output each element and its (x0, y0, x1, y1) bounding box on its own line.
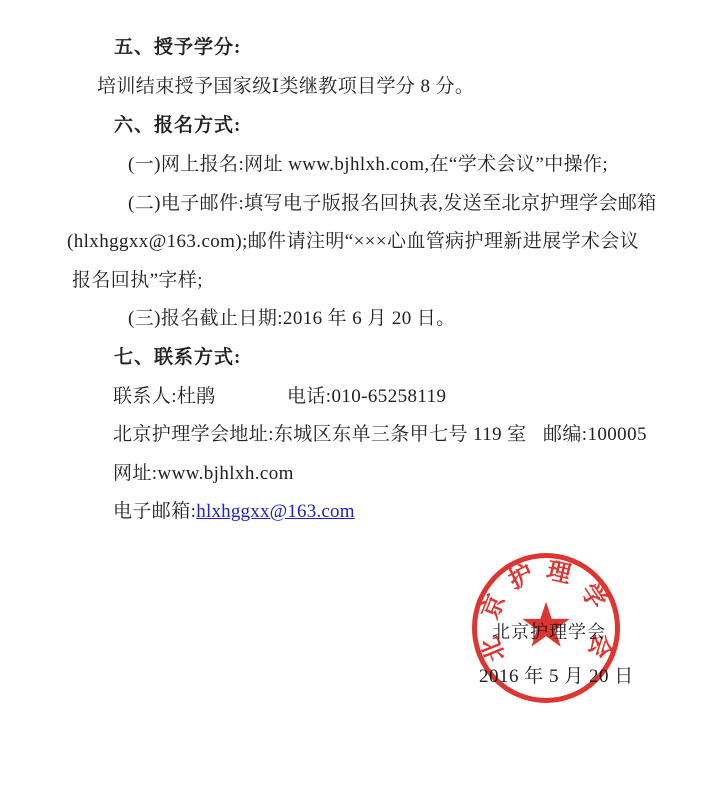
registration-item-email-line1: (二)电子邮件:填写电子版报名回执表,发送至北京护理学会邮箱 (128, 192, 657, 216)
registration-item-online: (一)网上报名:网址 www.bjhlxh.com,在“学术会议”中操作; (128, 153, 608, 177)
contact-website: 网址:www.bjhlxh.com (113, 462, 294, 486)
seal-char-1: 北 (476, 631, 512, 667)
registration-item-deadline: (三)报名截止日期:2016 年 6 月 20 日。 (128, 307, 456, 331)
section-heading-contact: 七、联系方式: (114, 346, 241, 370)
contact-email-line: 电子邮箱:hlxhggxx@163.com (113, 500, 355, 524)
contact-address: 北京护理学会地址:东城区东单三条甲七号 119 室 (113, 424, 527, 445)
contact-postcode: 邮编:100005 (543, 423, 647, 447)
contact-person-line: 联系人:杜鹃 电话:010-65258119 (113, 385, 216, 409)
official-seal: ★ 北 京 护 理 学 会 (472, 553, 620, 703)
contact-email-label: 电子邮箱: (113, 501, 196, 522)
section-heading-credits: 五、授予学分: (114, 36, 241, 60)
seal-char-5: 学 (573, 577, 612, 616)
contact-phone: 电话:010-65258119 (287, 385, 446, 409)
credits-body-text: 培训结束授予国家级Ⅰ类继教项目学分 8 分。 (97, 75, 474, 99)
seal-char-4: 理 (542, 557, 576, 591)
registration-item-email-line3: 报名回执”字样; (72, 269, 203, 293)
seal-char-6: 会 (582, 628, 617, 663)
star-icon: ★ (518, 595, 574, 657)
contact-address-line: 北京护理学会地址:东城区东单三条甲七号 119 室 邮编:100005 (113, 423, 527, 447)
registration-item-email-line2: (hlxhggxx@163.com);邮件请注明“×××心血管病护理新进展学术会… (67, 230, 639, 254)
section-heading-registration: 六、报名方式: (114, 114, 241, 138)
contact-person: 联系人:杜鹃 (113, 386, 216, 407)
seal-char-2: 京 (476, 589, 512, 625)
document-page: 五、授予学分: 培训结束授予国家级Ⅰ类继教项目学分 8 分。 六、报名方式: (… (0, 0, 719, 800)
contact-email-link[interactable]: hlxhggxx@163.com (196, 501, 354, 522)
